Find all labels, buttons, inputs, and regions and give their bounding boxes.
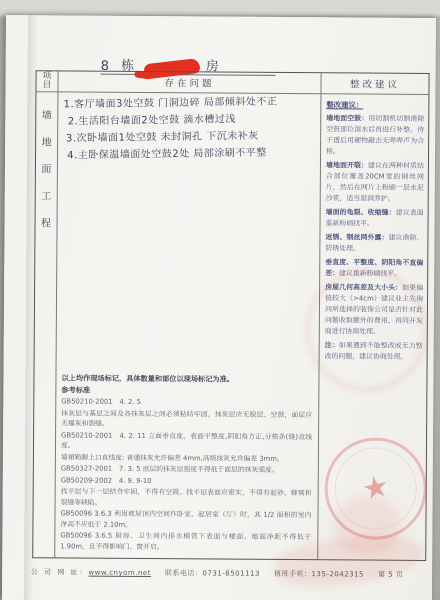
standard-line: 找平层与下一层结合牢固，不得有空鼓。找平层表面应密实，不得有起砂、蜂窝和裂缝等缺… (61, 486, 312, 509)
suggestion-item: 墙面的龟裂、收缩缝：建议表面重新粉刷找平。 (326, 207, 424, 230)
standard-line: 墙裙勒脚上口直线度: 普通抹灰允许偏差 4mm,高级抹灰允许偏差 3mm。 (61, 452, 312, 464)
paper-sheet: 8 栋 房 项 目 存在问题 整改建议 墙 地 面 工 程 1.客厅墙面3处空鼓… (2, 15, 436, 600)
standard-line: GB50096 3.6.5 厨房、卫生间内排水横管下表面与楼面、地面净距不得低于… (60, 530, 311, 553)
column-header-suggestions: 整改建议 (320, 73, 428, 95)
contact-phone: 0731-8501113 (202, 569, 260, 577)
suggestions-heading: 整改建议： (326, 99, 424, 111)
standard-line: GB50096 3.6.3 利用坡屋顶内空间作卧室、起居室（厅）时，其 1/2 … (60, 508, 311, 531)
problem-line: 1.客厅墙面3处空鼓 门洞边碎 局部倾斜处不正 (63, 93, 314, 114)
standard-line: GB50210-2001 4. 2. 11 立面垂直度，表面平整度,阴阳角方正,… (61, 430, 312, 453)
red-ink-smudge (332, 495, 402, 555)
company-website: www.cnyom.net (88, 569, 151, 577)
standard-line: GB50209-2002 4. 9. 9-10 (61, 475, 312, 487)
page-footer: 公 司 网 址：www.cnyom.net 联系电话：0731-8501113 … (2, 567, 432, 580)
suggestion-item: 墙地面空鼓：用切割机切割凿除空鼓部位湿水后再进行补整。待干透后用硬物敲击无哗哗声… (326, 113, 424, 158)
duty-mobile: 135-2042315 (311, 570, 364, 578)
faint-stamp-bleed (303, 267, 430, 394)
standard-line: GB50327-2001 7. 3. 5 底层的抹灰层强度不得低于面层的抹灰强度… (61, 463, 312, 475)
standard-line: GB50210-2001 4. 2. 5 (61, 396, 312, 408)
standard-line: 抹灰层与基层之间及各抹灰层之间必须粘结牢固，抹灰层应无脱层、空鼓，面层应无爆灰和… (61, 408, 312, 431)
problems-cell: 1.客厅墙面3处空鼓 门洞边碎 局部倾斜处不正 2.生活阳台墙面2处空鼓 滴水槽… (54, 92, 320, 559)
suggestion-item: 墙地面开裂：建议在两种材质结合部位覆盖20CM宽的钢丝网片，然后在网片上粉刷一层… (326, 160, 424, 205)
reference-standards-title: 参考标准 (61, 385, 312, 397)
problem-line: 4.主卧保温墙面处空鼓2处 局部涂刷不平整 (67, 144, 315, 164)
page-number: 第 5 页 (378, 570, 403, 580)
suggestion-item: 返锈、钢丝网外露：建议凿除、防锈处理。 (325, 232, 423, 255)
reference-standards-block: 以上均作现场标记，具体数量和部位以现场标记为准。 参考标准 GB50210-20… (60, 373, 312, 554)
handwritten-problem-notes: 1.客厅墙面3处空鼓 门洞边碎 局部倾斜处不正 2.生活阳台墙面2处空鼓 滴水槽… (63, 93, 315, 164)
column-header-item: 项 目 (36, 71, 57, 92)
marking-note: 以上均作现场标记，具体数量和部位以现场标记为准。 (61, 373, 312, 385)
column-header-problems: 存在问题 (57, 71, 320, 94)
